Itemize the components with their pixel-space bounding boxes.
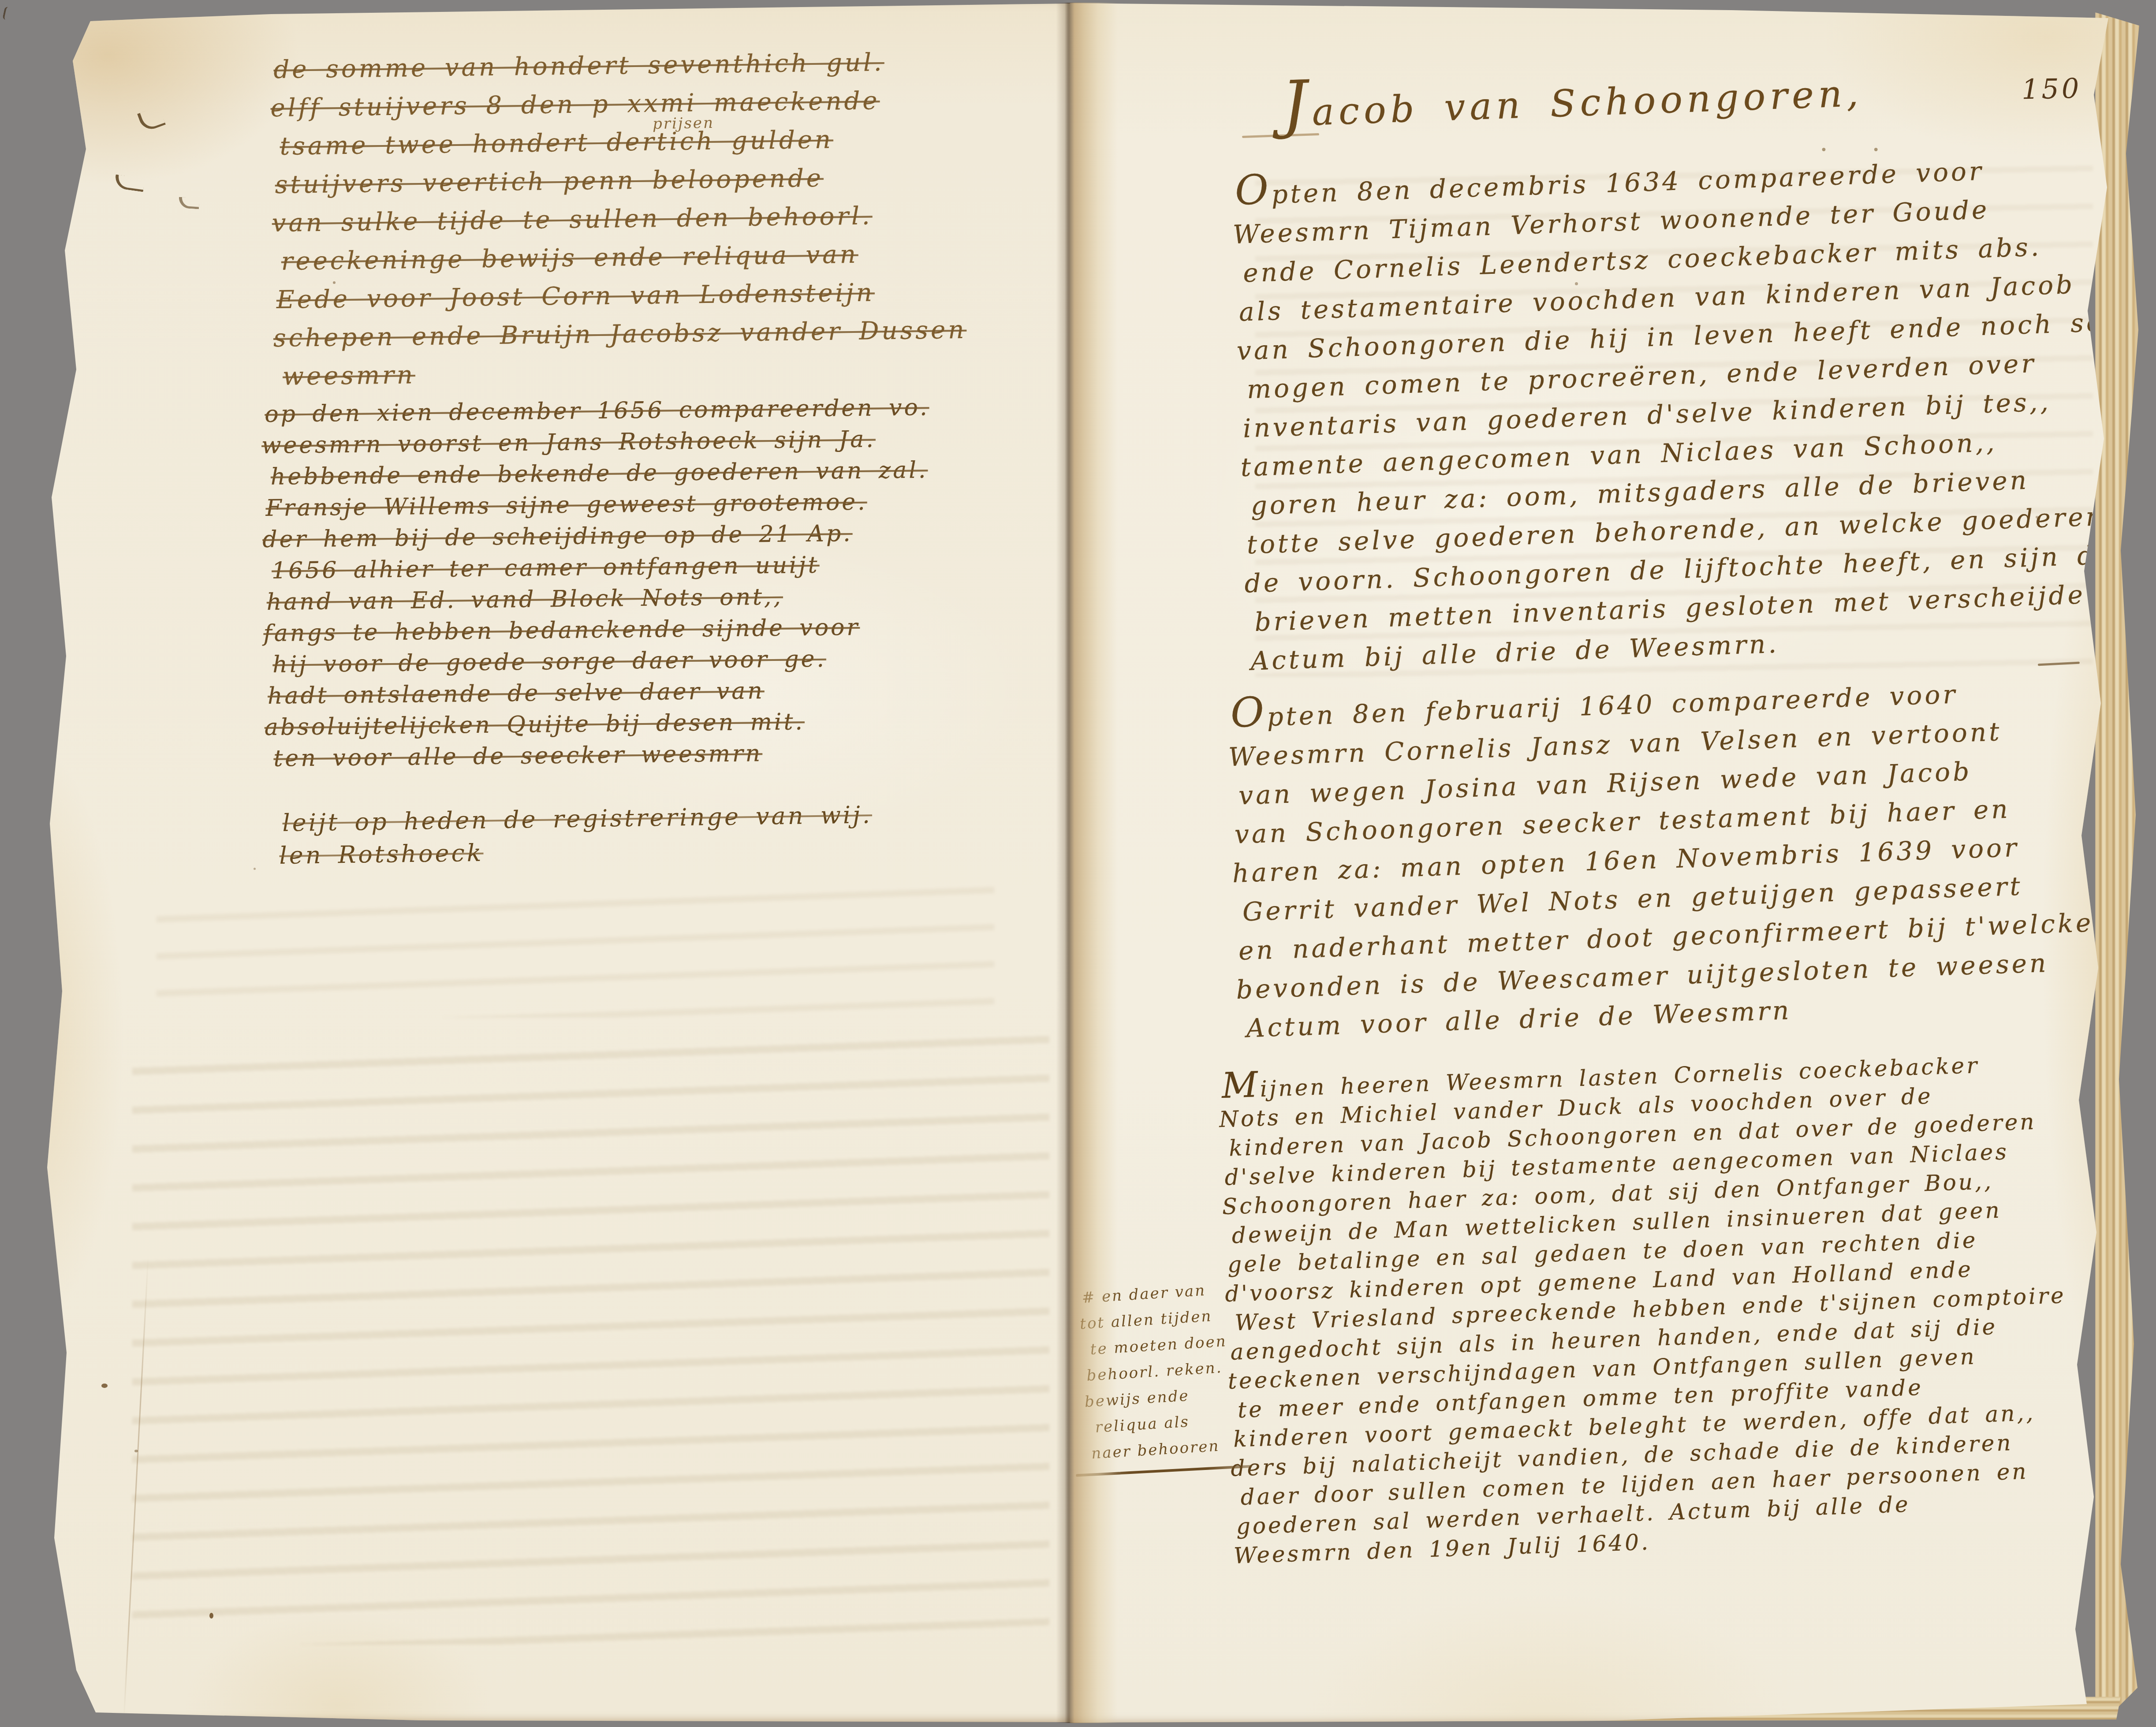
manuscript-line: ten voor alle de seecker weesmrn — [273, 736, 938, 775]
manuscript-scan: de somme van hondert seventhich gul.elff… — [0, 0, 2156, 1727]
entry-1634-december: Opten 8en decembris 1634 compareerde voo… — [1235, 146, 2156, 681]
stray-ink-mark — [2, 6, 14, 21]
corner-ink-flourish — [178, 197, 200, 209]
left-closing-note: leijt op heden de registreringe van wij.… — [282, 798, 873, 872]
show-through-text — [157, 885, 994, 1018]
ink-speck — [101, 1384, 108, 1388]
page-heading: Jacob van Schoongoren, — [1281, 47, 1864, 141]
line-filler-stroke — [2038, 662, 2080, 666]
left-paragraph-account: de somme van hondert seventhich gul.elff… — [273, 42, 971, 396]
ink-speck — [209, 1613, 213, 1619]
margin-note: # en daer vantot allen tijdente moeten d… — [1081, 1277, 1229, 1467]
entry-1640-february: Opten 8en februarij 1640 compareerde voo… — [1230, 671, 2096, 1048]
stacked-page-edges-right — [2095, 12, 2142, 1712]
paper-crease — [123, 1257, 149, 1720]
interlinear-word: prijsen — [653, 114, 715, 133]
folio-number: 150 — [2021, 72, 2082, 105]
corner-ink-flourish — [114, 174, 145, 192]
right-page: Jacob van Schoongoren, · · 150 Opten 8en… — [1070, 2, 2132, 1724]
manuscript-line: weesmrn — [283, 349, 976, 396]
ink-speck — [254, 868, 256, 870]
ink-speck — [134, 1450, 138, 1452]
show-through-text — [132, 1036, 1049, 1645]
margin-note-underline — [1076, 1465, 1252, 1477]
corner-ink-flourish — [137, 106, 166, 132]
left-paragraph-discharge: op den xien december 1656 compareerden v… — [265, 392, 933, 775]
entry-1640-july: Mijnen heeren Weesmrn lasten Cornelis co… — [1221, 1048, 2069, 1570]
left-page: de somme van hondert seventhich gul.elff… — [24, 4, 1070, 1723]
